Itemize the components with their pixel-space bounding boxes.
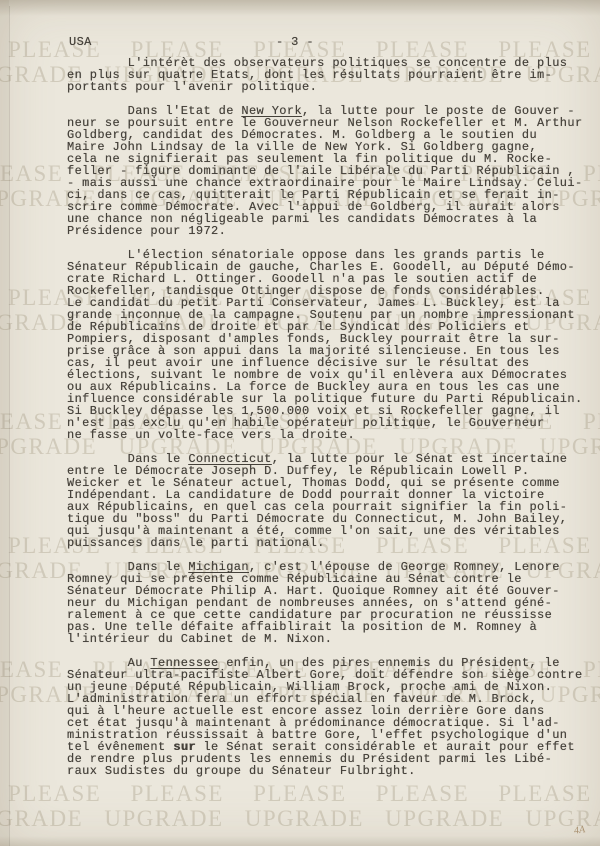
document-body: L'intérèt des observateurs politiques se… [67,57,597,789]
country-label: USA [69,35,92,49]
page-number: - 3 - [276,35,314,49]
text-line: l'intérieur du Cabinet de M. Nixon. [67,633,597,645]
scan-edge-bottom [0,836,600,846]
scan-edge-left [0,0,9,846]
paragraph-2: Dans l'Etat de New York, la lutte pour l… [67,105,597,237]
handwritten-page-mark: 4A [573,824,586,836]
paragraph-5: Dans le Michigan, c'est l'épouse de Geor… [67,561,597,645]
paragraph-6: Au Tennessee enfin, un des pires ennemis… [67,657,597,777]
scan-edge-top [0,0,600,16]
text-line: portants pour l'avenir politique. [67,81,597,93]
scan-crease-line [9,6,10,846]
text-line: ne fasse un volte-face vers la droite. [67,429,597,441]
text-line: puissances dans le parti national. [67,537,597,549]
paragraph-1: L'intérèt des observateurs politiques se… [67,57,597,93]
text-line: Présidence pour 1972. [67,225,597,237]
watermark-text: UPGRADE UPGRADE UPGRADE UPGRADE UPGRADE … [0,807,600,830]
document-header: USA - 3 - [0,35,600,49]
document-page: PLEASE PLEASE PLEASE PLEASE PLEASE PLEAS… [0,0,600,846]
paragraph-3: L'élection sénatoriale oppose dans les g… [67,249,597,441]
paragraph-4: Dans le Connecticut, la lutte pour le Sé… [67,453,597,549]
text-line: raux Sudistes du groupe du Sénateur Fulb… [67,765,597,777]
